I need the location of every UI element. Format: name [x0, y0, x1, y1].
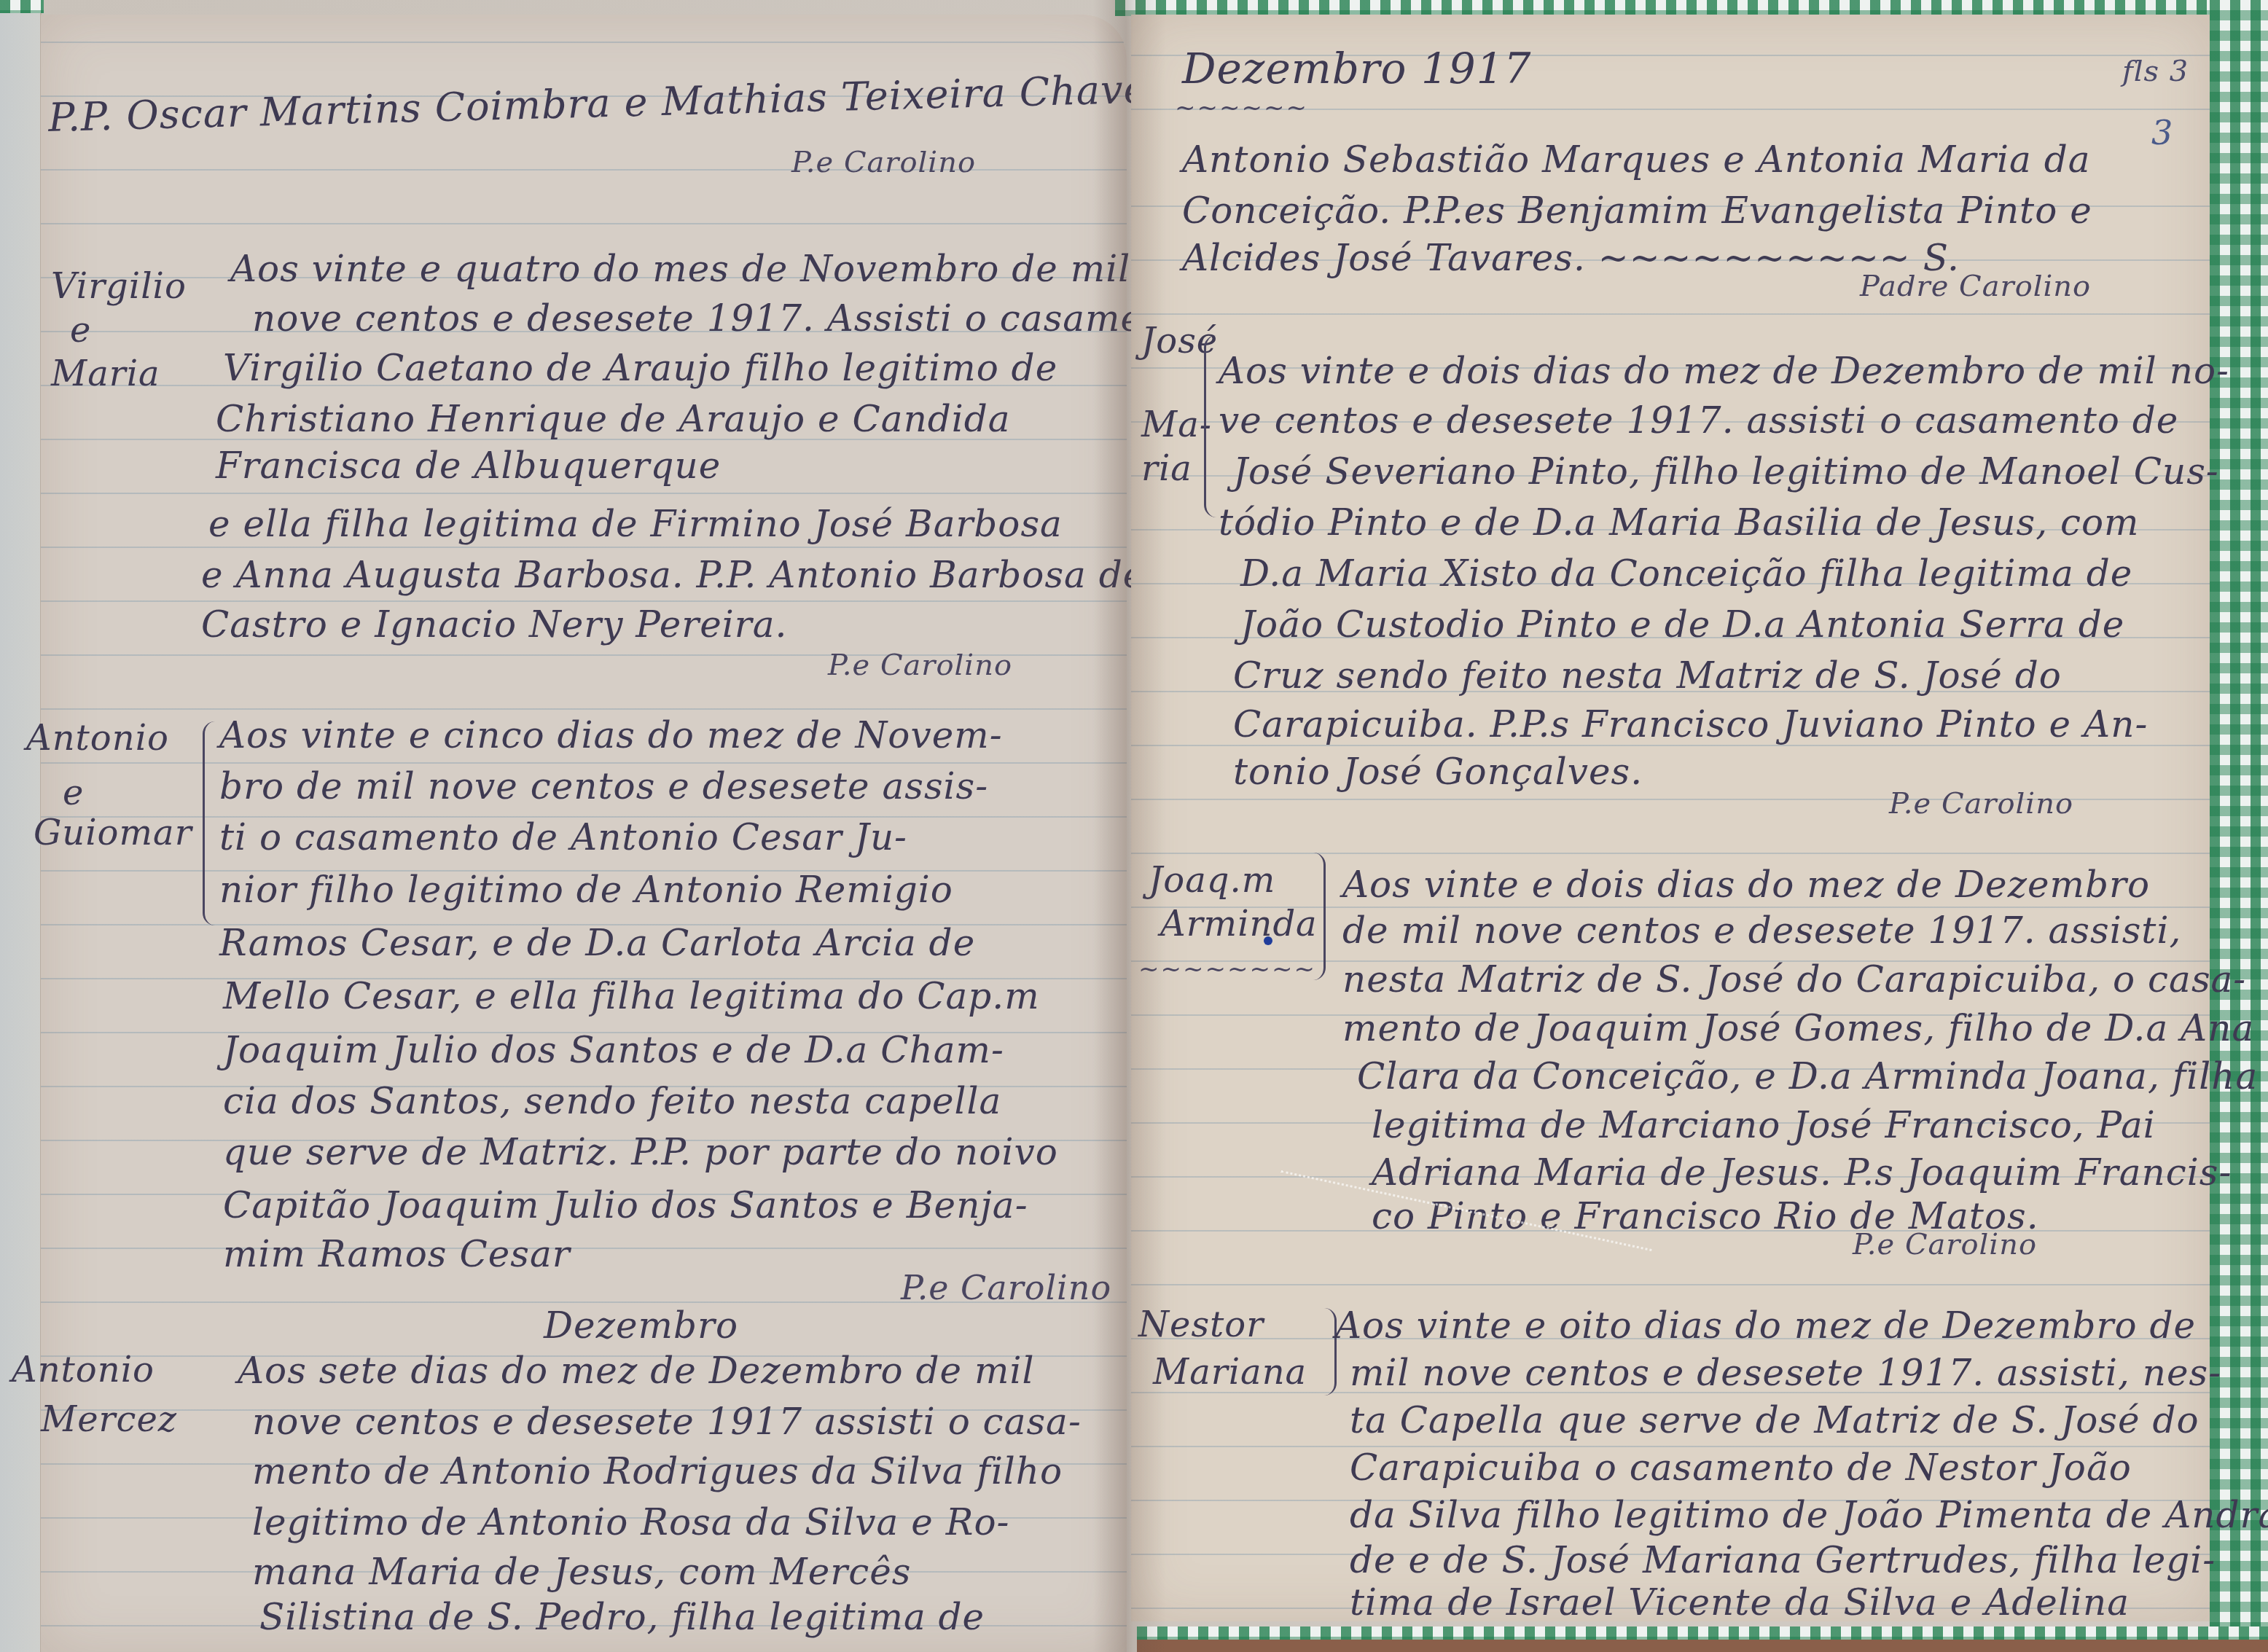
- entry-line: Aos vinte e dois dias do mez de Dezembro: [1342, 864, 2150, 906]
- gingham-cover-edge: [1115, 0, 2268, 16]
- entry-line: tima de Israel Vicente da Silva e Adelin…: [1350, 1581, 2130, 1624]
- entry-line: D.a Maria Xisto da Conceição filha legit…: [1240, 552, 2132, 595]
- signature: P.e Carolino: [828, 649, 1012, 682]
- signature: Padre Carolino: [1860, 270, 2091, 303]
- entry-line: mento de Antonio Rodrigues da Silva filh…: [252, 1450, 1063, 1492]
- signature: P.e Carolino: [1853, 1228, 2037, 1261]
- entry-line: e Anna Augusta Barbosa. P.P. Antonio Bar…: [201, 554, 1145, 596]
- entry-line: Aos vinte e cinco dias do mez de Novem-: [219, 714, 1003, 756]
- entry-line: José Severiano Pinto, filho legitimo de …: [1233, 450, 2219, 493]
- entry-line: Adriana Maria de Jesus. P.s Joaquim Fran…: [1372, 1151, 2232, 1194]
- entry-line: Alcides José Tavares. ~~~~~~~~~~ S.: [1182, 237, 1960, 279]
- entry-line: Joaquim Julio dos Santos e de D.a Cham-: [223, 1029, 1004, 1071]
- entry-line: Silistina de S. Pedro, filha legitima de: [259, 1596, 985, 1638]
- entry-line: mana Maria de Jesus, com Mercês: [252, 1551, 912, 1593]
- margin-name: Guiomar: [34, 813, 192, 853]
- margin-name: Antonio: [26, 718, 169, 759]
- entry-line: nove centos e desesete 1917. Assisti o c…: [252, 297, 1264, 340]
- margin-name: Nestor: [1138, 1304, 1264, 1345]
- entry-line: Clara da Conceição, e D.a Arminda Joana,…: [1357, 1055, 2258, 1097]
- entry-line: Ramos Cesar, e de D.a Carlota Arcia de: [219, 922, 975, 964]
- left-page: P.P. Oscar Martins Coimbra e Mathias Tei…: [41, 15, 1127, 1652]
- entry-line: legitimo de Antonio Rosa da Silva e Ro-: [252, 1501, 1009, 1543]
- table-surface: [1137, 1640, 2268, 1652]
- folio-label: fls 3: [2122, 55, 2189, 88]
- entry-line: mim Ramos Cesar: [223, 1233, 571, 1275]
- margin-brace: [203, 721, 215, 925]
- entry-line: ve centos e desesete 1917. assisti o cas…: [1219, 399, 2178, 442]
- entry-line: Aos vinte e quatro do mes de Novembro de…: [230, 248, 1130, 290]
- entry-line: nesta Matriz de S. José do Carapicuiba, …: [1342, 958, 2246, 1001]
- entry-line: cia dos Santos, sendo feito nesta capell…: [223, 1080, 1001, 1122]
- section-heading: Dezembro: [544, 1304, 738, 1347]
- margin-name: e: [70, 310, 91, 351]
- entry-line: João Custodio Pinto e de D.a Antonia Ser…: [1240, 603, 2124, 646]
- margin-name: Virgilio: [51, 266, 187, 307]
- entry-line: ta Capella que serve de Matriz de S. Jos…: [1350, 1399, 2199, 1441]
- folio-number: 3: [2151, 113, 2173, 152]
- notebook-photo: P.P. Oscar Martins Coimbra e Mathias Tei…: [0, 0, 2268, 1652]
- decorative-flourish: ~~~~~~~~: [1138, 955, 1316, 984]
- entry-line: Aos vinte e oito dias do mez de Dezembro…: [1335, 1304, 2196, 1347]
- entry-line: Carapicuiba. P.P.s Francisco Juviano Pin…: [1233, 703, 2148, 745]
- margin-name: ria: [1141, 448, 1192, 489]
- entry-line: nior filho legitimo de Antonio Remigio: [219, 869, 953, 911]
- ink-blot: [1264, 936, 1272, 945]
- margin-name: Mariana: [1153, 1352, 1307, 1393]
- entry-line: Virgilio Caetano de Araujo filho legitim…: [223, 347, 1057, 389]
- right-page: Dezembro 1917 ~~~~~~ fls 3 3 Antonio Seb…: [1131, 15, 2210, 1621]
- entry-line: ti o casamento de Antonio Cesar Ju-: [219, 816, 907, 858]
- entry-line: Cruz sendo feito nesta Matriz de S. José…: [1233, 654, 2062, 697]
- decorative-flourish: ~~~~~~: [1175, 93, 1308, 122]
- entry-line: da Silva filho legitimo de João Pimenta …: [1350, 1494, 2268, 1536]
- margin-name: Ma-: [1141, 404, 1212, 445]
- entry-line: Carapicuiba o casamento de Nestor João: [1350, 1447, 2132, 1489]
- entry-line: mento de Joaquim José Gomes, filho de D.…: [1342, 1007, 2254, 1049]
- witnesses-line: P.P. Oscar Martins Coimbra e Mathias Tei…: [47, 66, 1169, 141]
- margin-name: Arminda: [1160, 904, 1318, 944]
- entry-line: de e de S. José Mariana Gertrudes, filha…: [1350, 1539, 2216, 1581]
- entry-line: tódio Pinto e de D.a Maria Basilia de Je…: [1219, 501, 2139, 544]
- entry-line: e ella filha legitima de Firmino José Ba…: [208, 503, 1063, 545]
- entry-line: bro de mil nove centos e desesete assis-: [219, 765, 988, 807]
- entry-line: Aos sete dias do mez de Dezembro de mil: [238, 1350, 1035, 1392]
- margin-name: Joaq.m: [1149, 860, 1275, 901]
- entry-line: Conceição. P.P.es Benjamim Evangelista P…: [1182, 189, 2092, 232]
- page-header-date: Dezembro 1917: [1182, 44, 1532, 93]
- gingham-cover-edge: [0, 0, 44, 13]
- margin-brace: [1313, 853, 1326, 980]
- margin-brace: [1204, 335, 1216, 517]
- entry-line: tonio José Gonçalves.: [1233, 751, 1643, 793]
- margin-name: Mercez: [41, 1399, 177, 1440]
- entry-line: Aos vinte e dois dias do mez de Dezembro…: [1219, 350, 2229, 392]
- margin-name: Maria: [51, 353, 160, 394]
- entry-line: nove centos e desesete 1917 assisti o ca…: [252, 1401, 1082, 1443]
- entry-line: Mello Cesar, e ella filha legitima do Ca…: [223, 975, 1040, 1017]
- margin-name: e: [63, 772, 84, 813]
- entry-line: que serve de Matriz. P.P. por parte do n…: [223, 1131, 1058, 1173]
- signature: P.e Carolino: [901, 1268, 1111, 1307]
- margin-name: Antonio: [12, 1350, 155, 1390]
- entry-line: Christiano Henrique de Araujo e Candida: [216, 398, 1011, 440]
- entry-line: legitima de Marciano José Francisco, Pai: [1372, 1104, 2156, 1146]
- entry-line: mil nove centos e desesete 1917. assisti…: [1350, 1352, 2221, 1394]
- signature: P.e Carolino: [1889, 787, 2073, 821]
- entry-line: Castro e Ignacio Nery Pereira.: [201, 603, 787, 646]
- entry-line: Capitão Joaquim Julio dos Santos e Benja…: [223, 1184, 1028, 1226]
- gingham-cover-edge: [2210, 0, 2268, 1652]
- entry-line: de mil nove centos e desesete 1917. assi…: [1342, 909, 2181, 952]
- entry-line: Antonio Sebastião Marques e Antonia Mari…: [1182, 138, 2090, 181]
- signature: P.e Carolino: [791, 146, 976, 179]
- entry-line: Francisca de Albuquerque: [216, 445, 721, 487]
